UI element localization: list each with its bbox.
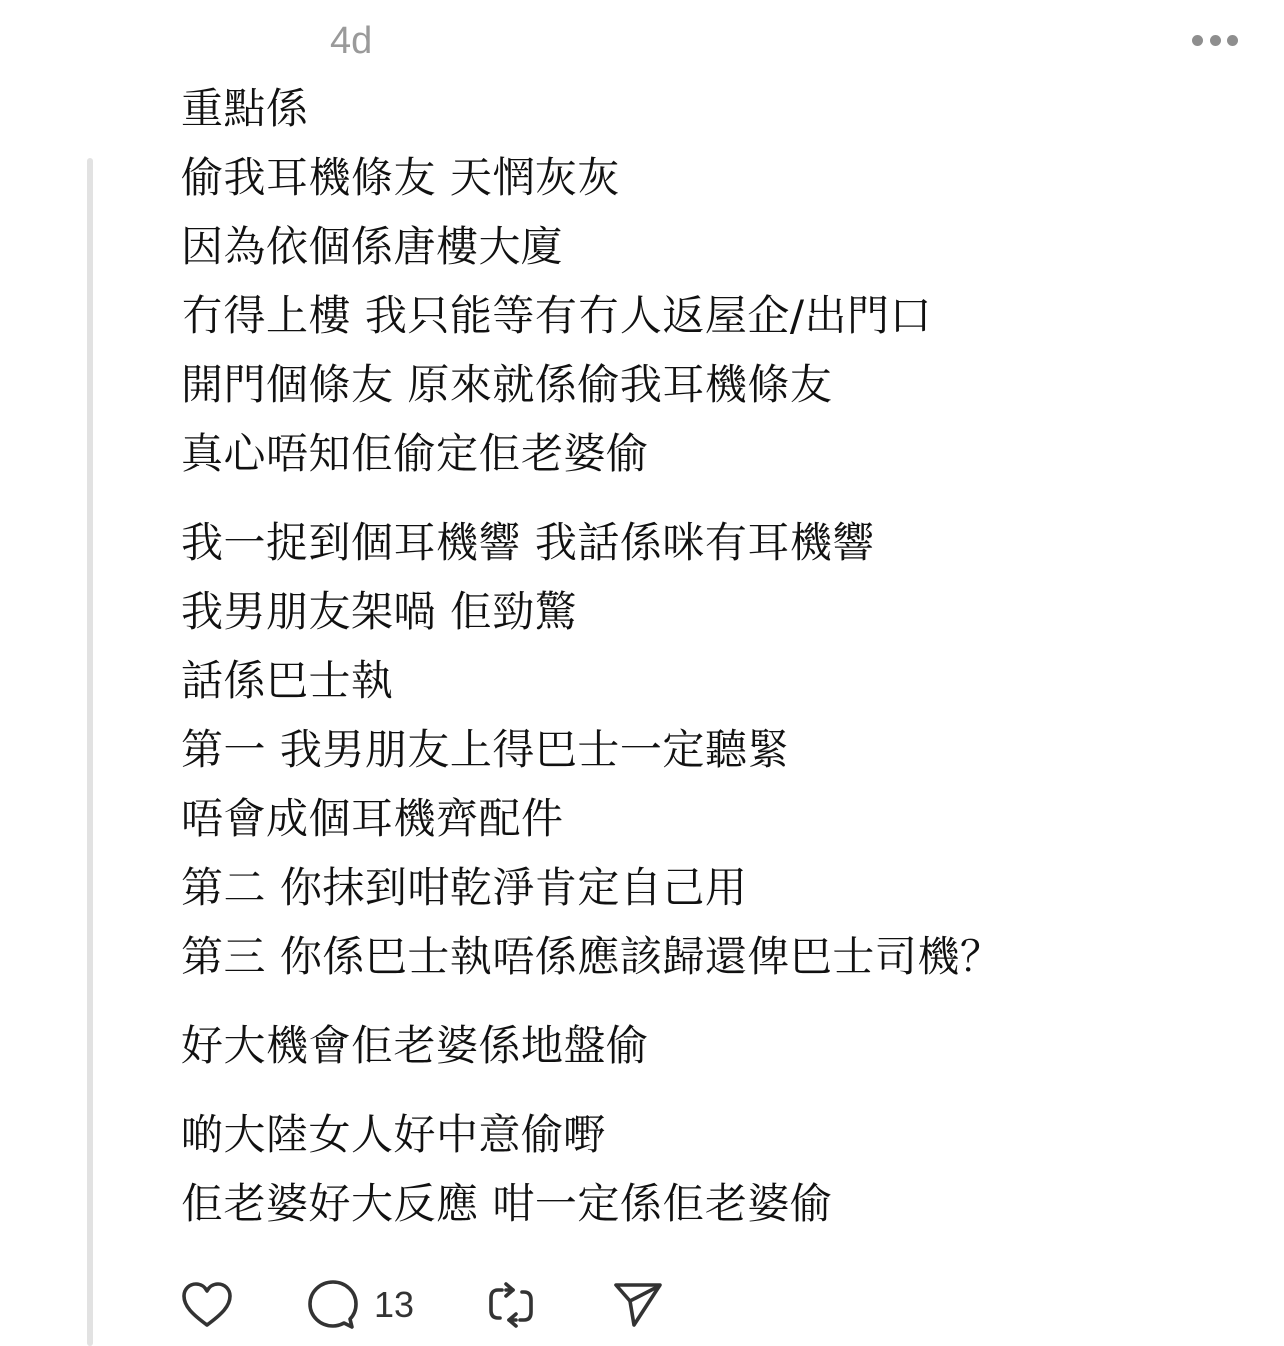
- more-dot-icon: [1192, 35, 1203, 46]
- post-text-line: 我一捉到個耳機響 我話係咪有耳機響: [181, 508, 1241, 577]
- post-text-line: 因為依個係唐樓大廈: [181, 212, 1241, 281]
- post-text-line: 啲大陸女人好中意偷嘢: [181, 1100, 1241, 1169]
- heart-icon: [180, 1280, 234, 1330]
- post-text-line: 第一 我男朋友上得巴士一定聽緊: [181, 715, 1241, 784]
- post-text-line: 重點係: [181, 74, 1241, 143]
- post-text-line: 第二 你抹到咁乾淨肯定自己用: [181, 853, 1241, 922]
- post-text-line: 冇得上樓 我只能等有冇人返屋企/出門口: [181, 281, 1241, 350]
- repost-button[interactable]: [486, 1278, 536, 1332]
- post-text-line: 好大機會佢老婆係地盤偷: [181, 1011, 1241, 1080]
- post-text-line: 真心唔知佢偷定佢老婆偷: [181, 419, 1241, 488]
- post-timestamp: 4d: [330, 18, 372, 64]
- more-options-button[interactable]: [1192, 28, 1238, 52]
- paragraph: 啲大陸女人好中意偷嘢 佢老婆好大反應 咁一定係佢老婆偷: [181, 1100, 1241, 1238]
- repost-icon: [486, 1278, 536, 1332]
- more-dot-icon: [1227, 35, 1238, 46]
- send-icon: [612, 1279, 664, 1331]
- like-button[interactable]: [180, 1278, 234, 1332]
- post-text-line: 唔會成個耳機齊配件: [181, 784, 1241, 853]
- post-body: 重點係 偷我耳機條友 天惘灰灰 因為依個係唐樓大廈 冇得上樓 我只能等有冇人返屋…: [181, 74, 1241, 1258]
- share-button[interactable]: [612, 1278, 664, 1332]
- paragraph: 我一捉到個耳機響 我話係咪有耳機響 我男朋友架喎 佢勁驚 話係巴士執 第一 我男…: [181, 508, 1241, 991]
- post-text-line: 開門個條友 原來就係偷我耳機條友: [181, 350, 1241, 419]
- more-dot-icon: [1210, 35, 1221, 46]
- post-text-line: 話係巴士執: [181, 646, 1241, 715]
- thread-line: [87, 158, 93, 1346]
- paragraph: 重點係 偷我耳機條友 天惘灰灰 因為依個係唐樓大廈 冇得上樓 我只能等有冇人返屋…: [181, 74, 1241, 488]
- comment-bubble-icon: [306, 1278, 360, 1332]
- comment-button[interactable]: 13: [306, 1278, 414, 1332]
- post-text-line: 我男朋友架喎 佢勁驚: [181, 577, 1241, 646]
- post-actions-bar: 13: [180, 1278, 700, 1332]
- comment-count: 13: [374, 1284, 414, 1326]
- post-text-line: 第三 你係巴士執唔係應該歸還俾巴士司機？: [181, 922, 1241, 991]
- post-text-line: 偷我耳機條友 天惘灰灰: [181, 143, 1241, 212]
- paragraph: 好大機會佢老婆係地盤偷: [181, 1011, 1241, 1080]
- post-text-line: 佢老婆好大反應 咁一定係佢老婆偷: [181, 1169, 1241, 1238]
